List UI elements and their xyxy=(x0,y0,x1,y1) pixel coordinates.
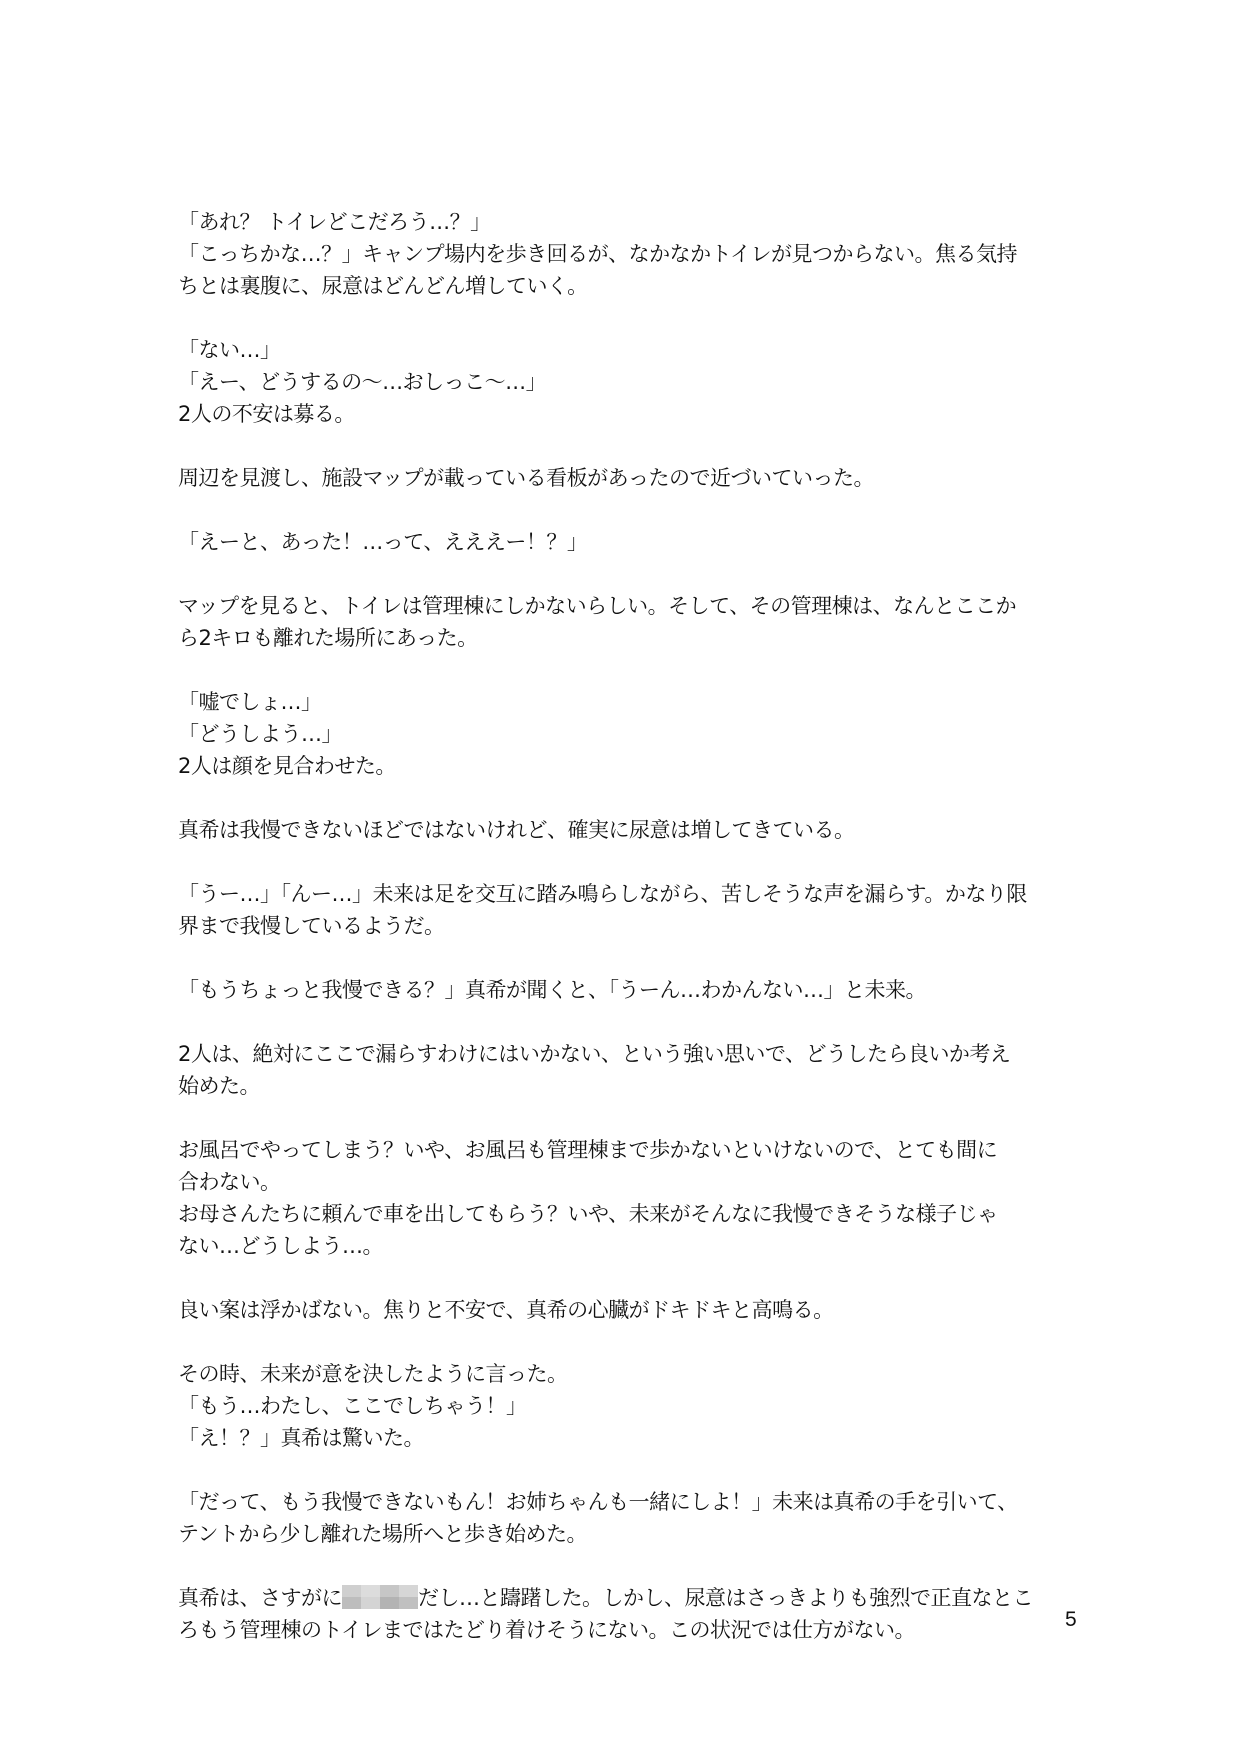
text-line-censored: 真希は、さすがにだし…と躊躇した。しかし、尿意はさっきよりも強烈で正直なとこ xyxy=(178,1582,1098,1614)
text-line: 良い案は浮かばない。焦りと不安で、真希の心臓がドキドキと高鳴る。 xyxy=(178,1294,1098,1326)
paragraph-gap xyxy=(178,1102,1098,1134)
text-line: ない…どうしよう…。 xyxy=(178,1230,1098,1262)
text-line: テントから少し離れた場所へと歩き始めた。 xyxy=(178,1518,1098,1550)
text-line: 「だって、もう我慢できないもん！お姉ちゃんも一緒にしよ！」未来は真希の手を引いて… xyxy=(178,1486,1098,1518)
document-page: 「あれ？ トイレどこだろう…？」「こっちかな…？」キャンプ場内を歩き回るが、なか… xyxy=(0,0,1242,1755)
body-text: 「あれ？ トイレどこだろう…？」「こっちかな…？」キャンプ場内を歩き回るが、なか… xyxy=(178,206,1098,1646)
text-line: お風呂でやってしまう？いや、お風呂も管理棟まで歩かないといけないので、とても間に xyxy=(178,1134,1098,1166)
text-line: ろもう管理棟のトイレまではたどり着けそうにない。この状況では仕方がない。 xyxy=(178,1614,1098,1646)
text-before-censor: 真希は、さすがに xyxy=(178,1586,342,1610)
text-line: 「えー、どうするの～…おしっこ～…」 xyxy=(178,366,1098,398)
paragraph-gap xyxy=(178,302,1098,334)
paragraph-gap xyxy=(178,430,1098,462)
text-line: 「こっちかな…？」キャンプ場内を歩き回るが、なかなかトイレが見つからない。焦る気… xyxy=(178,238,1098,270)
paragraph-gap xyxy=(178,846,1098,878)
text-line: お母さんたちに頼んで車を出してもらう？いや、未来がそんなに我慢できそうな様子じゃ xyxy=(178,1198,1098,1230)
text-line: ら2キロも離れた場所にあった。 xyxy=(178,622,1098,654)
text-after-censor: だし…と躊躇した。しかし、尿意はさっきよりも強烈で正直なとこ xyxy=(418,1586,1033,1610)
paragraph-gap xyxy=(178,1326,1098,1358)
text-line: 「え！？」真希は驚いた。 xyxy=(178,1422,1098,1454)
text-line: 「うー…」「んー…」未来は足を交互に踏み鳴らしながら、苦しそうな声を漏らす。かな… xyxy=(178,878,1098,910)
text-line: 2人は顔を見合わせた。 xyxy=(178,750,1098,782)
paragraph-gap xyxy=(178,942,1098,974)
paragraph-gap xyxy=(178,1550,1098,1582)
text-line: 周辺を見渡し、施設マップが載っている看板があったので近づいていった。 xyxy=(178,462,1098,494)
text-line: 界まで我慢しているようだ。 xyxy=(178,910,1098,942)
paragraph-gap xyxy=(178,1006,1098,1038)
paragraph-gap xyxy=(178,1262,1098,1294)
text-line: 真希は我慢できないほどではないけれど、確実に尿意は増してきている。 xyxy=(178,814,1098,846)
paragraph-gap xyxy=(178,654,1098,686)
paragraph-gap xyxy=(178,1454,1098,1486)
page-number: 5 xyxy=(1065,1608,1077,1632)
text-line: 合わない。 xyxy=(178,1166,1098,1198)
text-line: 「えーと、あった！…って、えええー！？」 xyxy=(178,526,1098,558)
text-line: 「もうちょっと我慢できる？」真希が聞くと、「うーん…わかんない…」と未来。 xyxy=(178,974,1098,1006)
paragraph-gap xyxy=(178,782,1098,814)
paragraph-gap xyxy=(178,558,1098,590)
text-line: 「ない…」 xyxy=(178,334,1098,366)
text-line: 「あれ？ トイレどこだろう…？」 xyxy=(178,206,1098,238)
text-line: ちとは裏腹に、尿意はどんどん増していく。 xyxy=(178,270,1098,302)
text-line: 始めた。 xyxy=(178,1070,1098,1102)
text-line: その時、未来が意を決したように言った。 xyxy=(178,1358,1098,1390)
text-line: マップを見ると、トイレは管理棟にしかないらしい。そして、その管理棟は、なんとここ… xyxy=(178,590,1098,622)
text-line: 「嘘でしょ…」 xyxy=(178,686,1098,718)
text-line: 2人は、絶対にここで漏らすわけにはいかない、という強い思いで、どうしたら良いか考… xyxy=(178,1038,1098,1070)
paragraph-gap xyxy=(178,494,1098,526)
censor-mosaic-block xyxy=(342,1585,418,1609)
text-line: 2人の不安は募る。 xyxy=(178,398,1098,430)
text-line: 「もう…わたし、ここでしちゃう！」 xyxy=(178,1390,1098,1422)
text-line: 「どうしよう…」 xyxy=(178,718,1098,750)
